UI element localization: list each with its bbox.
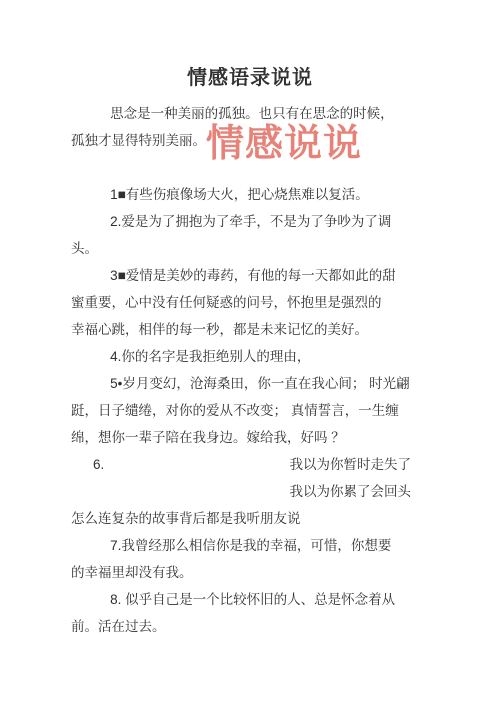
quote-6-block: 6. 我以为你暂时走失了 我以为你累了会回头 怎么连复杂的故事背后都是我听朋友说: [71, 451, 411, 532]
quote-6-number: 6.: [93, 451, 104, 478]
quote-6-right-line-1: 我以为你暂时走失了: [290, 451, 412, 478]
document-page: 情感语录说说 情感说说 思念是一种美丽的孤独。也只有在思念的时候， 孤独才显得特…: [0, 0, 500, 708]
quote-7: 7.我曾经那么相信你是我的幸福，可惜，你想要 的幸福里却没有我。: [71, 532, 411, 586]
quote-2: 2.爱是为了拥抱为了牵手，不是为了争吵为了调 头。: [71, 208, 411, 262]
quote-8: 8. 似乎自己是一个比较怀旧的人、总是怀念着从 前。活在过去。: [71, 586, 411, 640]
quote-4: 4.你的名字是我拒绝别人的理由，: [71, 343, 411, 370]
page-title: 情感语录说说: [0, 61, 500, 90]
intro-paragraph: 思念是一种美丽的孤独。也只有在思念的时候， 孤独才显得特别美丽。: [71, 100, 411, 154]
document-body: 思念是一种美丽的孤独。也只有在思念的时候， 孤独才显得特别美丽。 1■有些伤痕像…: [71, 100, 411, 640]
quote-6-right-line-2: 我以为你累了会回头: [71, 478, 411, 505]
quote-6-left-line-3: 怎么连复杂的故事背后都是我听朋友说: [71, 505, 411, 532]
quote-6-first-row: 6. 我以为你暂时走失了: [71, 451, 411, 478]
quote-1: 1■有些伤痕像场大火，把心烧焦难以复活。: [71, 181, 411, 208]
quote-5: 5•岁月变幻，沧海桑田，你一直在我心间； 时光翩 跹，日子缱绻，对你的爱从不改变…: [71, 370, 411, 451]
quote-3: 3■爱情是美妙的毒药，有他的每一天都如此的甜 蜜重要，心中没有任何疑惑的问号，怀…: [71, 262, 411, 343]
